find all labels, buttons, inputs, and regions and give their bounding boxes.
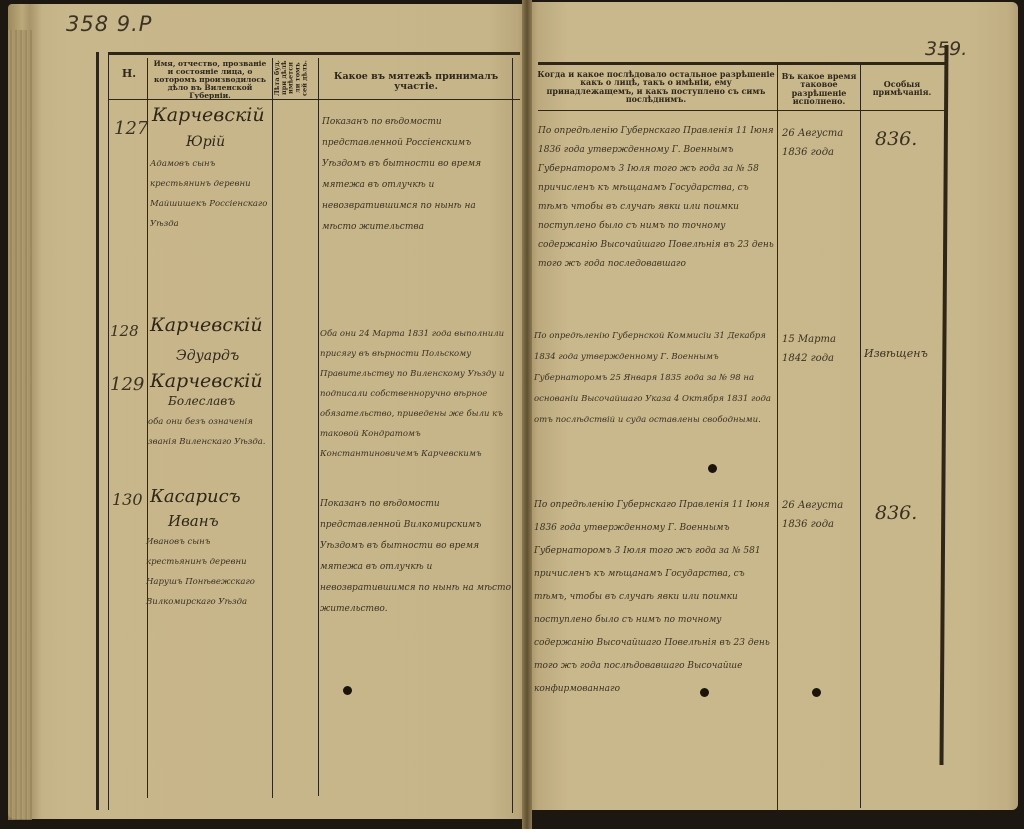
entry-number: 128 bbox=[110, 322, 139, 340]
entry-surname: Карчевскій bbox=[150, 314, 263, 336]
binding-hole bbox=[700, 688, 709, 697]
entry-remarks: Извѣщенъ bbox=[864, 344, 928, 363]
entry-given-name: Болеславъ bbox=[168, 394, 235, 408]
entry-executed-date: 26 Августа 1836 года bbox=[782, 124, 856, 162]
entry-surname: Касарисъ bbox=[150, 486, 241, 507]
left-page-right-border bbox=[512, 58, 513, 813]
entry-surname: Карчевскій bbox=[152, 104, 265, 126]
entry-given-name: Иванъ bbox=[168, 512, 219, 530]
right-header-top-rule bbox=[538, 62, 948, 65]
right-col-when-border bbox=[777, 64, 778, 810]
entry-remarks: 836. bbox=[875, 130, 917, 149]
entry-person-detail: Ивановъ сынъ крестьянинъ деревни Нарушъ … bbox=[146, 532, 272, 612]
header-col-name: Имя, отчество, прозваніе и состояніе лиц… bbox=[150, 60, 270, 99]
header-col-role: Какое въ мятежѣ принималъ участіе. bbox=[320, 72, 512, 92]
entry-resolution: По опредѣленію Губернскаго Правленія 11 … bbox=[538, 122, 774, 274]
left-col-number-border bbox=[108, 52, 109, 810]
entry-role: Показанъ по вѣдомости представленной Вил… bbox=[320, 494, 512, 620]
book-gutter bbox=[522, 0, 532, 829]
right-header-bottom-rule bbox=[538, 110, 948, 111]
left-col-estate-border bbox=[272, 58, 273, 798]
header-col-number: H. bbox=[112, 68, 146, 80]
entry-number: 127 bbox=[114, 118, 148, 139]
left-col-role-border bbox=[318, 58, 319, 796]
header-col-resolution: Когда и какое послѣдовало остальное разр… bbox=[536, 70, 776, 104]
binding-hole bbox=[812, 688, 821, 697]
header-col-estate: Лѣта буд. при дѣлѣ имѣется ли томъ сей д… bbox=[274, 58, 316, 98]
folio-number-left: 358 9.P bbox=[66, 12, 152, 36]
entry-role: Показанъ по вѣдомости представленной Рос… bbox=[322, 112, 512, 238]
binding-hole bbox=[708, 464, 717, 473]
binding-hole bbox=[343, 686, 352, 695]
header-col-remarks: Особыя примѣчанія. bbox=[862, 80, 942, 97]
left-header-top-rule bbox=[108, 52, 520, 55]
entry-number: 129 bbox=[110, 374, 144, 395]
entry-number: 130 bbox=[112, 490, 143, 509]
open-register-book: 358 9.P 359. H. Имя, отчество, прозваніе… bbox=[0, 0, 1024, 829]
entry-person-detail: оба они безъ означенія званія Виленскаго… bbox=[148, 412, 268, 452]
entry-given-name: Эдуардъ bbox=[176, 348, 239, 364]
entry-given-name: Юрій bbox=[186, 134, 225, 150]
right-col-remarks-border bbox=[860, 64, 861, 808]
entry-role: Оба они 24 Марта 1831 года выполнили при… bbox=[320, 324, 512, 464]
entry-person-detail: Адамовъ сынъ крестьянинъ деревни Майшише… bbox=[150, 154, 270, 234]
entry-resolution: По опредѣленію Губернскаго Правленія 11 … bbox=[534, 494, 772, 701]
entry-remarks: 836. bbox=[875, 504, 917, 523]
header-col-when: Въ какое время таковое разрѣшеніе исполн… bbox=[779, 72, 859, 106]
page-edges bbox=[8, 30, 32, 820]
entry-executed-date: 26 Августа 1836 года bbox=[782, 496, 856, 534]
left-outer-border bbox=[96, 52, 99, 810]
entry-resolution: По опредѣленію Губернской Коммисіи 31 Де… bbox=[534, 326, 774, 431]
entry-executed-date: 15 Марта 1842 года bbox=[782, 330, 856, 368]
entry-surname: Карчевскій bbox=[150, 370, 263, 392]
